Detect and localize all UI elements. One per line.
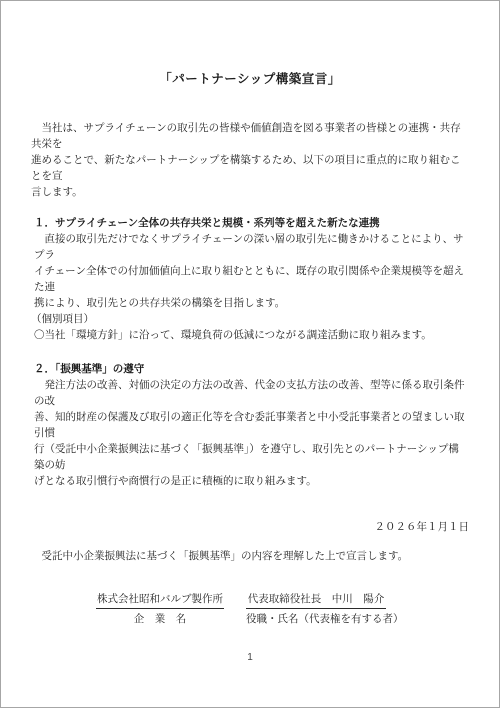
text-line: げとなる取引慣行や商慣行の是正に積極的に取り組みます。 — [34, 473, 469, 489]
document-page: 「パートナーシップ構築宣言」 当社は、サプライチェーンの取引先の皆様や価値創造を… — [0, 0, 500, 708]
section-2-body: 発注方法の改善、対価の決定の方法の改善、代金の支払方法の改善、型等に係る取引条件… — [34, 377, 469, 489]
section-1-individual-item: 〇当社「環境方針」に沿って、環境負荷の低減につながる調達活動に取り組みます。 — [34, 327, 469, 343]
page-number: 1 — [1, 650, 499, 666]
text-line: 進めることで、新たなパートナーシップを構築するため、以下の項目に重点的に取り組む… — [31, 152, 469, 184]
representative-name: 代表取締役社長 中川 陽介 — [246, 591, 386, 609]
text-line: 当社は、サプライチェーンの取引先の皆様や価値創造を図る事業者の皆様との連携・共存… — [31, 120, 469, 152]
intro-paragraph: 当社は、サプライチェーンの取引先の皆様や価値創造を図る事業者の皆様との連携・共存… — [31, 120, 469, 200]
text-line: 携により、取引先との共存共栄の構築を目指します。 — [34, 295, 469, 311]
signature-block: 株式会社昭和バルブ製作所 企 業 名 代表取締役社長 中川 陽介 役職・氏名（代… — [96, 591, 469, 627]
representative-name-label: 役職・氏名（代表権を有する者） — [246, 609, 386, 627]
declaration-date: ２０２６年１月１日 — [31, 519, 469, 535]
section-1-body: 直接の取引先だけでなくサプライチェーンの深い層の取引先に働きかけることにより、サ… — [34, 231, 469, 311]
company-name: 株式会社昭和バルブ製作所 — [96, 591, 224, 609]
company-name-label: 企 業 名 — [96, 609, 224, 627]
representative-signature-column: 代表取締役社長 中川 陽介 役職・氏名（代表権を有する者） — [246, 591, 386, 627]
document-title: 「パートナーシップ構築宣言」 — [31, 71, 469, 87]
text-line: 発注方法の改善、対価の決定の方法の改善、代金の支払方法の改善、型等に係る取引条件… — [34, 377, 469, 409]
section-2-heading: ２．「振興基準」の遵守 — [34, 361, 469, 377]
section-1-heading: １．サプライチェーン全体の共存共栄と規模・系列等を超えた新たな連携 — [34, 215, 469, 231]
text-line: 行（受託中小企業振興法に基づく「振興基準」）を遵守し、取引先とのパートナーシップ… — [34, 441, 469, 473]
declaration-statement: 受託中小企業振興法に基づく「振興基準」の内容を理解した上で宣言します。 — [31, 548, 469, 564]
text-line: 言します。 — [31, 184, 469, 200]
company-signature-column: 株式会社昭和バルブ製作所 企 業 名 — [96, 591, 224, 627]
text-line: 善、知的財産の保護及び取引の適正化等を含む委託事業者と中小受託事業者との望ましい… — [34, 409, 469, 441]
text-line: イチェーン全体での付加価値向上に取り組むとともに、既存の取引関係や企業規模等を超… — [34, 263, 469, 295]
text-line: 直接の取引先だけでなくサプライチェーンの深い層の取引先に働きかけることにより、サ… — [34, 231, 469, 263]
section-1-individual-items-label: （個別項目） — [31, 311, 469, 327]
